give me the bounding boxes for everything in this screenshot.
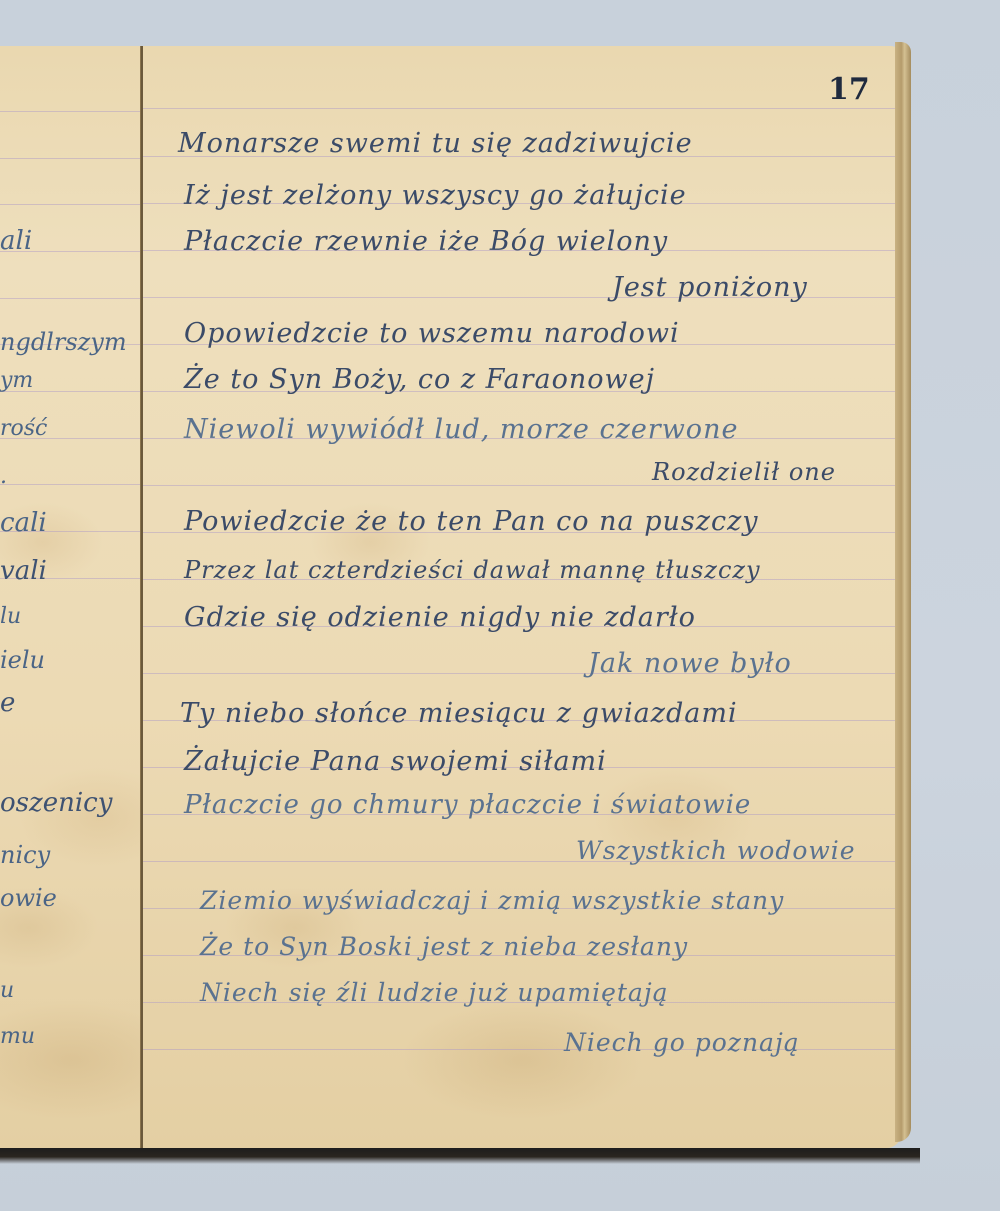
verse-line: Niewoli wywiódł lud, morze czerwone: [184, 414, 738, 445]
verse-refrain: Niech go poznają: [564, 1028, 800, 1057]
left-fragment: rość: [0, 416, 47, 441]
verse-line: Ziemio wyświadczaj i zmią wszystkie stan…: [200, 886, 784, 915]
verse-line: Że to Syn Boży, co z Faraonowej: [184, 364, 655, 395]
left-fragment: mu: [0, 1024, 35, 1049]
verse-refrain: Rozdzielił one: [652, 458, 836, 486]
verse-line: Przez lat czterdzieści dawał mannę tłusz…: [184, 556, 761, 584]
left-fragment: cali: [0, 508, 47, 538]
verse-line: Że to Syn Boski jest z nieba zesłany: [200, 932, 688, 961]
verse-line: Żałujcie Pana swojemi siłami: [184, 746, 607, 777]
verse-line: Powiedzcie że to ten Pan co na puszczy: [184, 506, 759, 537]
verse-line: Monarsze swemi tu się zadziwujcie: [178, 128, 693, 159]
left-fragment: e: [0, 688, 15, 718]
verse-refrain: Wszystkich wodowie: [576, 836, 856, 865]
page-edges: [895, 42, 911, 1142]
left-fragment: u: [0, 978, 14, 1003]
left-fragment: lu: [0, 604, 21, 629]
left-fragment: ngdlrszym: [0, 328, 127, 356]
verse-line: Opowiedzcie to wszemu narodowi: [184, 318, 680, 349]
verse-refrain: Jak nowe było: [588, 648, 792, 679]
verse-line: Gdzie się odzienie nigdy nie zdarło: [184, 602, 696, 633]
left-fragment: vali: [0, 556, 47, 586]
left-fragment: ym: [0, 368, 33, 393]
page-number: 17: [828, 72, 870, 107]
verse-line: Płaczcie go chmury płaczcie i światowie: [184, 790, 751, 820]
left-fragment: oszenicy: [0, 788, 112, 818]
left-fragment: .: [0, 464, 7, 489]
left-fragment: owie: [0, 884, 57, 912]
left-fragment: ielu: [0, 646, 45, 674]
verse-line: Iż jest zelżony wszyscy go żałujcie: [184, 180, 687, 211]
left-fragment: ali: [0, 226, 32, 256]
left-fragment: nicy: [0, 841, 50, 869]
verse-line: Niech się źli ludzie już upamiętają: [200, 978, 668, 1007]
verse-refrain: Jest poniżony: [612, 272, 808, 303]
verse-line: Płaczcie rzewnie iże Bóg wielony: [184, 226, 668, 257]
book-bottom-shadow: [0, 1148, 920, 1164]
verse-line: Ty niebo słońce miesiącu z gwiazdami: [180, 698, 738, 729]
left-page: ali ngdlrszym ym rość . cali vali lu iel…: [0, 46, 142, 1148]
